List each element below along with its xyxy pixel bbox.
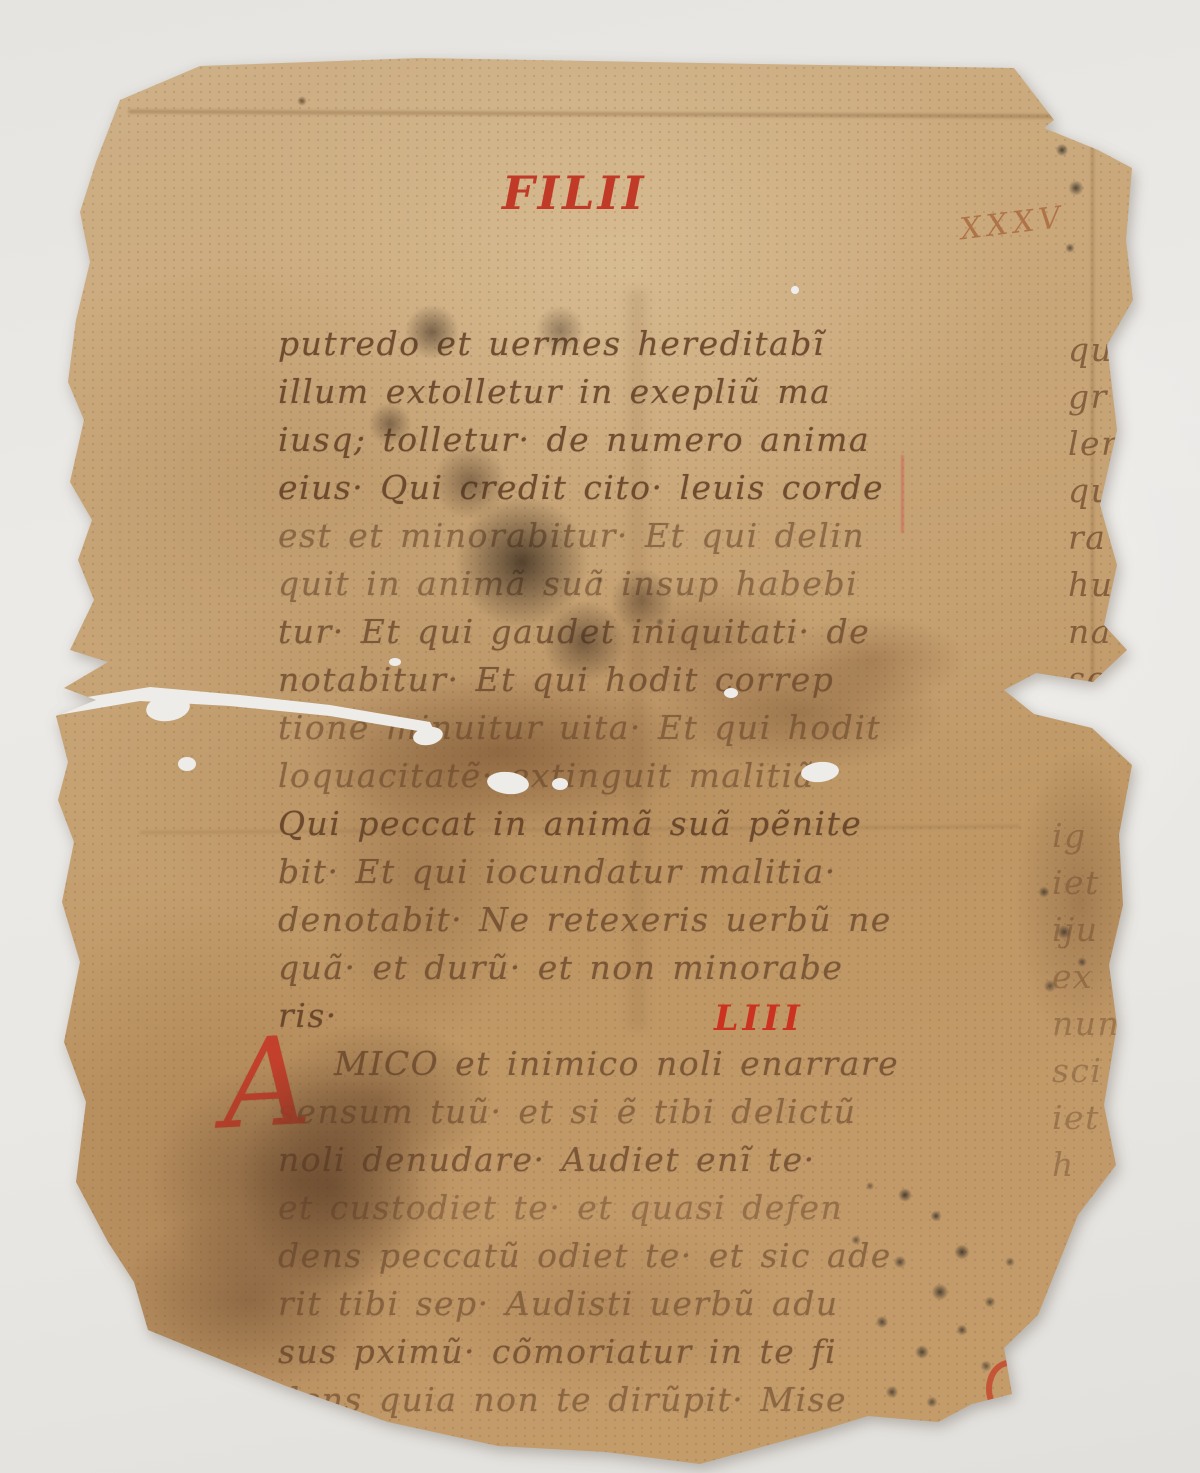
text-line: loquacitatẽ· extinguit malitiã· bbox=[278, 752, 899, 800]
text-line: ris· bbox=[278, 992, 899, 1040]
right-column-fragment: iju bbox=[1052, 906, 1120, 953]
text-line: putredo et uermes hereditabĩ bbox=[278, 320, 899, 368]
leaf-shadow: FILII XXXV putredo et uermes hereditabĩ … bbox=[0, 0, 1200, 1473]
right-column-fragment: gr bbox=[1068, 373, 1125, 420]
right-column-fragment: ler bbox=[1068, 420, 1125, 467]
photo-backdrop: FILII XXXV putredo et uermes hereditabĩ … bbox=[0, 0, 1200, 1473]
right-column-fragment: qu bbox=[1068, 467, 1125, 514]
text-line: et custodiet te· et quasi defen bbox=[278, 1184, 899, 1232]
text-line: iusq; tolletur· de numero anima bbox=[278, 416, 899, 464]
text-line: quã· et durũ· et non minorabe bbox=[278, 944, 899, 992]
right-column-fragment: na bbox=[1068, 608, 1125, 655]
right-column-fragment: nun bbox=[1052, 1000, 1120, 1047]
text-line: Qui peccat in animã suã pẽnite bbox=[278, 800, 899, 848]
chapter-rubric: LIII bbox=[714, 998, 804, 1039]
right-column-fragment: qui bbox=[1068, 326, 1125, 373]
text-line: notabitur· Et qui hodit correp bbox=[278, 656, 899, 704]
right-column-fragment: ig bbox=[1052, 812, 1120, 859]
right-column-lower: ig iet iju ex nun sci iet h bbox=[1052, 812, 1120, 1188]
right-column-fragment: sci bbox=[1052, 1047, 1120, 1094]
text-line: tionẽ minuitur uita· Et qui hodit bbox=[278, 704, 899, 752]
text-line: sensum tuũ· et si ẽ tibi delictũ bbox=[278, 1088, 899, 1136]
right-column-fragment: h bbox=[1052, 1141, 1120, 1188]
right-column-fragment: hu bbox=[1068, 561, 1125, 608]
right-column-fragment: ex bbox=[1052, 953, 1120, 1000]
rubric-heading: FILII bbox=[502, 166, 647, 220]
text-line: dens peccatũ odiet te· et sic ade bbox=[278, 1232, 899, 1280]
right-column-fragment: iet bbox=[1052, 859, 1120, 906]
text-line: tur· Et qui gaudet iniquitati· de bbox=[278, 608, 899, 656]
text-line: quit in animã suã insup habebi bbox=[278, 560, 899, 608]
right-column-fragment: iet bbox=[1052, 1094, 1120, 1141]
main-text-column: putredo et uermes hereditabĩ illum extol… bbox=[278, 320, 899, 1424]
manuscript-leaf: FILII XXXV putredo et uermes hereditabĩ … bbox=[0, 0, 1200, 1473]
text-line: eius· Qui credit cito· leuis corde bbox=[278, 464, 899, 512]
text-line: dens quia non te dirũpit· Mise bbox=[278, 1376, 899, 1424]
partial-red-initial bbox=[986, 1360, 1032, 1418]
text-line: sus pximũ· cõmoriatur in te fi bbox=[278, 1328, 899, 1376]
text-line: rit tibi sep· Audisti uerbũ adu bbox=[278, 1280, 899, 1328]
text-line: denotabit· Ne retexeris uerbũ ne bbox=[278, 896, 899, 944]
right-column-upper: qui gr ler qu ra hu na ser bbox=[1068, 326, 1125, 702]
right-column-fragment: ser bbox=[1068, 655, 1125, 702]
text-line: bit· Et qui iocundatur malitia· bbox=[278, 848, 899, 896]
red-margin-mark bbox=[901, 455, 904, 533]
text-line: noli denudare· Audiet enĩ te· bbox=[278, 1136, 899, 1184]
text-line: est et minorabitur· Et qui delin bbox=[278, 512, 899, 560]
right-column-fragment: ra bbox=[1068, 514, 1125, 561]
text-line: illum extolletur in exepliũ ma bbox=[278, 368, 899, 416]
initial-letter: A bbox=[219, 1020, 313, 1146]
text-line: MICO et inimico noli enarrare bbox=[334, 1040, 899, 1088]
